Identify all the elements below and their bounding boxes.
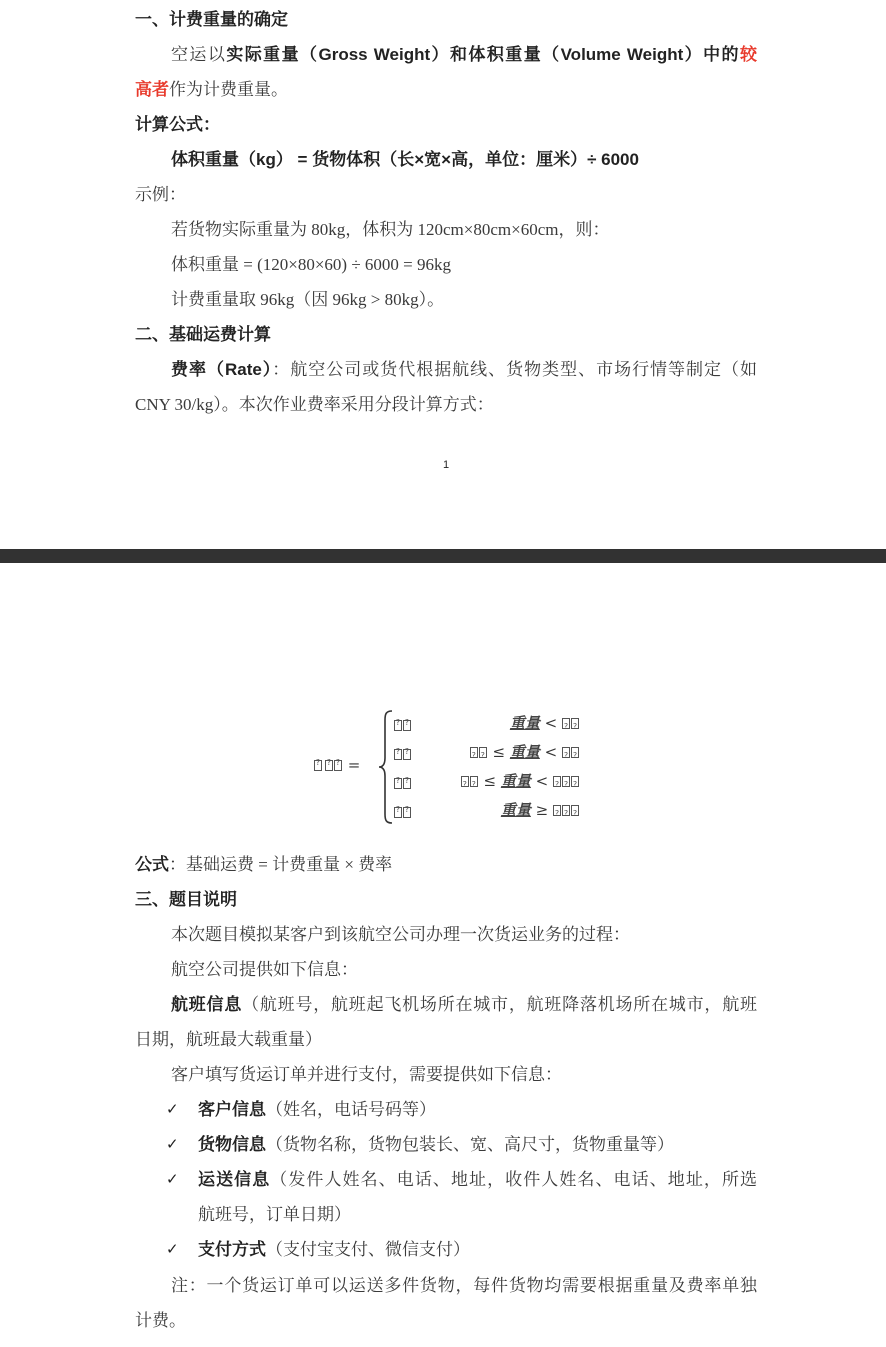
formula-case-1: 重量 < <box>394 712 580 734</box>
operator: ≤ <box>483 772 496 790</box>
checklist-item-cargo-info: 货物信息（货物名称，货物包装长、宽、高尺寸，货物重量等） <box>198 1134 757 1156</box>
formula-case-3: ≤ 重量 < <box>394 770 580 792</box>
missing-glyph-icon <box>325 760 333 771</box>
volume-weight-formula: 体积重量（kg） = 货物体积（长×宽×高，单位：厘米）÷ 6000 <box>171 149 757 171</box>
note-line-1: 注：一个货运订单可以运送多件货物，每件货物均需要根据重量及费率单独 <box>171 1275 757 1297</box>
checkmark-icon: ✓ <box>166 1170 179 1188</box>
missing-glyph-icon <box>562 747 570 758</box>
paragraph-text: 作为计费重量。 <box>169 80 288 99</box>
missing-glyph-icon <box>562 805 570 816</box>
flight-info-bold-label: 航班信息 <box>171 995 242 1014</box>
section-1-heading: 一、计费重量的确定 <box>135 9 757 31</box>
missing-glyph-icon <box>314 760 322 771</box>
page-separator <box>0 549 886 563</box>
paragraph-text: 空运以 <box>171 45 226 64</box>
missing-glyph-icon <box>571 718 579 729</box>
flight-info-line-2: 日期，航班最大载重量） <box>135 1029 757 1051</box>
weight-symbol: 重量 <box>501 772 531 790</box>
missing-glyph-icon <box>571 747 579 758</box>
missing-glyph-icon <box>403 807 411 818</box>
section-3-intro: 本次题目模拟某客户到该航空公司办理一次货运业务的过程： <box>171 924 757 946</box>
operator: < <box>545 714 558 732</box>
section-2-heading: 二、基础运费计算 <box>135 324 757 346</box>
airline-provides-label: 航空公司提供如下信息： <box>171 959 757 981</box>
left-brace-icon <box>378 710 394 824</box>
weight-symbol: 重量 <box>510 714 540 732</box>
missing-glyph-icon <box>403 749 411 760</box>
rate-paragraph-line-2: CNY 30/kg）。本次作业费率采用分段计算方式： <box>135 394 757 416</box>
rate-bold-label: 费率（Rate） <box>171 360 272 379</box>
missing-glyph-icon <box>553 805 561 816</box>
checklist-text: （发件人姓名、电话、地址，收件人姓名、电话、地址，所选 <box>270 1170 757 1189</box>
flight-info-text: （航班号，航班起飞机场所在城市，航班降落机场所在城市，航班 <box>242 995 757 1014</box>
paragraph-text: ：航空公司或货代根据航线、货物类型、市场行情等制定（如 <box>272 360 757 379</box>
piecewise-rate-formula: = 重量 < ≤ 重量 < ≤ 重量 < 重量 ≥ <box>314 712 584 824</box>
checklist-item-shipping-info-line-2: 航班号，订单日期） <box>198 1204 757 1226</box>
equals-sign: = <box>348 756 361 774</box>
checklist-text: （支付宝支付、微信支付） <box>266 1240 470 1259</box>
missing-glyph-icon <box>470 747 478 758</box>
base-freight-formula: 公式：基础运费 = 计费重量 × 费率 <box>135 854 757 876</box>
example-line-2: 体积重量 = (120×80×60) ÷ 6000 = 96kg <box>171 254 757 276</box>
missing-glyph-icon <box>571 805 579 816</box>
operator: ≥ <box>536 801 549 819</box>
missing-glyph-icon <box>470 776 478 787</box>
document-page-2 <box>0 563 886 1347</box>
formula-case-2: ≤ 重量 < <box>394 741 580 763</box>
missing-glyph-icon <box>562 776 570 787</box>
missing-glyph-icon <box>562 718 570 729</box>
section-1-paragraph-line-1: 空运以实际重量（Gross Weight）和体积重量（Volume Weight… <box>171 44 757 66</box>
formula-label: 计算公式： <box>135 114 757 136</box>
operator: ≤ <box>492 743 505 761</box>
weight-symbol: 重量 <box>501 801 531 819</box>
missing-glyph-icon <box>553 776 561 787</box>
checkmark-icon: ✓ <box>166 1135 179 1153</box>
example-label: 示例： <box>135 184 757 206</box>
note-line-2: 计费。 <box>135 1310 757 1332</box>
operator: < <box>536 772 549 790</box>
checklist-item-payment-method: 支付方式（支付宝支付、微信支付） <box>198 1239 757 1261</box>
missing-glyph-icon <box>479 747 487 758</box>
highlight-red-text: 高者 <box>135 80 169 99</box>
checkmark-icon: ✓ <box>166 1100 179 1118</box>
formula-lhs: = <box>314 756 360 774</box>
section-3-heading: 三、题目说明 <box>135 889 757 911</box>
checkmark-icon: ✓ <box>166 1240 179 1258</box>
example-line-3: 计费重量取 96kg（因 96kg > 80kg）。 <box>171 289 757 311</box>
missing-glyph-icon <box>394 720 402 731</box>
rate-paragraph-line-1: 费率（Rate）：航空公司或货代根据航线、货物类型、市场行情等制定（如 <box>171 359 757 381</box>
paragraph-bold-text: 实际重量（Gross Weight）和体积重量（Volume Weight）中的 <box>226 45 740 64</box>
checklist-bold-label: 运送信息 <box>198 1170 270 1189</box>
flight-info-line-1: 航班信息（航班号，航班起飞机场所在城市，航班降落机场所在城市，航班 <box>171 994 757 1016</box>
checklist-item-shipping-info: 运送信息（发件人姓名、电话、地址，收件人姓名、电话、地址，所选 <box>198 1169 757 1191</box>
page-number: 1 <box>436 459 456 471</box>
checklist-bold-label: 货物信息 <box>198 1135 266 1154</box>
section-1-paragraph-line-2: 高者作为计费重量。 <box>135 79 757 101</box>
checklist-text: （姓名，电话号码等） <box>266 1100 436 1119</box>
checklist-bold-label: 客户信息 <box>198 1100 266 1119</box>
checklist-item-customer-info: 客户信息（姓名，电话号码等） <box>198 1099 757 1121</box>
missing-glyph-icon <box>403 778 411 789</box>
missing-glyph-icon <box>394 807 402 818</box>
missing-glyph-icon <box>403 720 411 731</box>
document-page-1: 一、计费重量的确定 空运以实际重量（Gross Weight）和体积重量（Vol… <box>0 0 886 549</box>
missing-glyph-icon <box>394 749 402 760</box>
missing-glyph-icon <box>394 778 402 789</box>
checklist-text: （货物名称，货物包装长、宽、高尺寸，货物重量等） <box>266 1135 674 1154</box>
highlight-red-text: 较 <box>740 45 757 64</box>
customer-fills-label: 客户填写货运订单并进行支付，需要提供如下信息： <box>171 1064 757 1086</box>
operator: < <box>545 743 558 761</box>
missing-glyph-icon <box>571 776 579 787</box>
formula-bold-label: 公式 <box>135 855 169 874</box>
missing-glyph-icon <box>334 760 342 771</box>
formula-text: ：基础运费 = 计费重量 × 费率 <box>169 855 392 874</box>
formula-case-4: 重量 ≥ <box>394 799 580 821</box>
checklist-bold-label: 支付方式 <box>198 1240 266 1259</box>
example-line-1: 若货物实际重量为 80kg，体积为 120cm×80cm×60cm，则： <box>171 219 757 241</box>
missing-glyph-icon <box>461 776 469 787</box>
weight-symbol: 重量 <box>510 743 540 761</box>
